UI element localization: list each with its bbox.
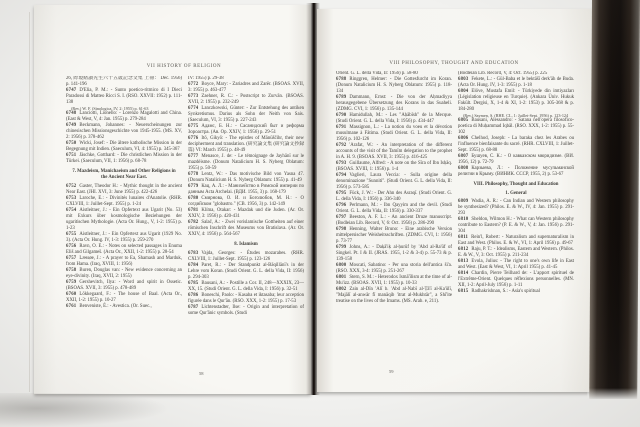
entry-number: 6748 [66, 111, 76, 116]
entry-number: 6793 [336, 161, 346, 166]
entry-number: 6761 [66, 304, 76, 309]
entry-number: 6775 [188, 124, 198, 129]
entry-number: 6802 [336, 287, 346, 292]
entry-number: 6814 [458, 271, 468, 276]
entry-number: 6796 [336, 203, 346, 208]
bib-entry: 6797Beeston, A. F. L.: - An ancient Druz… [336, 215, 452, 227]
entry-number: 6752 [66, 184, 76, 189]
entry-number: 6782 [188, 220, 198, 225]
bib-entry: 6811Rein'l, Robert: - Naturalism and sup… [458, 235, 574, 247]
bib-entry: 6812Raju, P. T.: - Idealisms, Eastern an… [458, 247, 574, 259]
right-page-running-head: VIII PHILOSOPHY, THOUGHT AND EDUCATION [332, 61, 576, 66]
bib-entry: 6787Lichtenstadter, Ilse: - Origin and i… [188, 305, 304, 317]
entry-number: 6784 [188, 263, 198, 268]
bib-entry: 6785Bausani, A.: - Postille a Cor. II, 2… [188, 281, 304, 293]
bib-entry: 6804Elöve, Mustafa Emil: - Türkiyede din… [458, 89, 574, 113]
bib-entry: 6751Jäschke, Gotthard: - Die christliche… [66, 153, 182, 165]
entry-number: 6806 [458, 136, 468, 141]
bib-entry: 6795Fück, J. W.: - Der Ahn des Asraqī. (… [336, 191, 452, 203]
entry-number: 6810 [458, 217, 468, 222]
entry-number: 6788 [336, 77, 346, 82]
entry-number: 6755 [66, 232, 76, 237]
bib-entry: 6792'Arafat, W.: - An interpretation of … [336, 143, 452, 161]
entry-number: 6812 [458, 247, 468, 252]
bib-entry: 6790Hamidullah, M.: - Les "Aḥābīsh" de l… [336, 113, 452, 125]
bib-entry: 6754Aistleitner, J.: - Ein Opfertext aus… [66, 208, 182, 232]
bib-entry: 6798Henning, Walter Bruno: - Eine arabis… [336, 227, 452, 245]
bib-entry: 6786Boneschi, Paolo: - Kasaba et iktasab… [188, 293, 304, 305]
subsection-heading: 1. General [458, 191, 574, 197]
page-edge-line [29, 12, 30, 392]
bib-entry: 6802Zain al-Dīn 'Alī b. 'Abd al-Nabī al-… [336, 287, 452, 305]
entry-number: 6800 [336, 263, 346, 268]
bib-entry: 6753Laroche, E.: - Divinités lunaires d'… [66, 196, 182, 208]
bib-entry: 6752Gaster, Theodor H.: - Mythic thought… [66, 184, 182, 196]
bib-entry: 6778Lentz, W.: - Das motivische Bild von… [188, 172, 304, 184]
bib-entry: 6796Perlmann, M.: - Ibn Qayyim and the d… [336, 203, 452, 215]
entry-number: 6790 [336, 113, 346, 118]
bib-entry: 6805Bausani, Alessandro: - Satana nell'o… [458, 118, 574, 136]
bib-entry: 6756Ravn, O. E.: - Notes on selected pas… [66, 244, 182, 256]
bib-entry: 6799Johns, A.: - Daḳā'iḳ al-ḥurūf by 'Ab… [336, 245, 452, 263]
bib-entry: 6800Moscati, Sabatino: - Per una storia … [336, 263, 452, 275]
entry-number: 6783 [188, 251, 198, 256]
entry-number: 6795 [336, 191, 346, 196]
entry-number: 6756 [66, 244, 76, 249]
entry-number: 6773 [188, 94, 198, 99]
entry-number: 6760 [66, 292, 76, 297]
bib-entry: 6789Dammann, Ernst: - Die von der Aḥmadi… [336, 95, 452, 113]
bib-entry: 6773Zaehner, R. C.: - Postscript to Zurv… [188, 94, 304, 106]
entry-number: 6786 [188, 293, 198, 298]
section-heading: 8. Islamism [192, 242, 300, 248]
right-page-column-2: (Bodleian Lib. Record, V, 4: Oct. 1955) … [458, 71, 574, 369]
entry-number: 6815 [458, 289, 468, 294]
right-page-number: 59 [389, 369, 394, 374]
bib-entry: 6808Карзыева, Л.: - Положение мусульманс… [458, 166, 574, 178]
bib-entry: 6775Адамс, Б. Н.: - Сасанидский быт и ре… [188, 124, 304, 136]
section-heading: VIII. Philosophy, Thought and Education [462, 182, 570, 188]
entry-number: 6757 [66, 256, 76, 261]
entry-number: 6799 [336, 245, 346, 250]
left-page-column-1: 26, 際現緒讃先生六十五歳記念文集 上冊： Dec. 1956) p. 141… [66, 76, 182, 370]
bib-entry: 6784Paret, R.: - Der Standpunkt al-Bāqil… [188, 263, 304, 281]
entry-number: 6753 [66, 196, 76, 201]
bib-entry: 6810Sheldon, Wilmon H.: - What can Weste… [458, 217, 574, 235]
entry-number: 6785 [188, 281, 198, 286]
entry-number: 6805 [458, 118, 468, 123]
bib-entry: 6783Vajda, Georges: - Études mozarabes. … [188, 251, 304, 263]
bib-entry: 6814Chardin, Pierre Teilhard de: - L'app… [458, 271, 574, 289]
entry-number: 6749 [66, 123, 76, 128]
entry-number: 6809 [458, 199, 468, 204]
bib-entry: 6774Lanczkowski, Günter: - Zur Entstehun… [188, 106, 304, 124]
entry-number: 6808 [458, 166, 468, 171]
bib-entry: 6761Benveniste, É.: - Avestica. (Or. Sue… [66, 304, 182, 310]
entry-number: 6759 [66, 280, 76, 285]
bib-entry: 6772Boyce, Mary: - Zariadres and Zarēr. … [188, 82, 304, 94]
entry-number: 6777 [188, 154, 198, 159]
bib-entry: 6793Guillaume, Alfred: - A note on the S… [336, 161, 452, 173]
right-page-column-1: Orient. G. L. della Vida, II: 1956) p. 5… [336, 71, 452, 369]
entry-number: 6797 [336, 215, 346, 220]
right-page: VIII PHILOSOPHY, THOUGHT AND EDUCATION O… [317, 9, 593, 392]
bib-entry: 6747D'Elia, P. M.: - Sunto poetico-ritmi… [66, 88, 182, 106]
bib-entry: 6806Chelhod, Joseph: - La baraka chez le… [458, 136, 574, 154]
entry-number: 6774 [188, 106, 198, 111]
bib-entry: 6791Massignon, L.: - La notion du voeu e… [336, 125, 452, 143]
bib-entry: 6815Radhakrishnan, S.: - Asia's spiritua… [458, 289, 574, 295]
bib-entry: 6757Læssøe, J.: - A prayer to Ea, Shamas… [66, 256, 182, 268]
section-heading: 7. Mazdeism, Manichaeism and Other Relig… [70, 169, 178, 181]
bib-entry: 6777Menasce, J. de: - Le témoignage de J… [188, 154, 304, 172]
book-photo: VII HISTORY OF RELIGION 26, 際現緒讃先生六十五歳記念… [0, 0, 640, 427]
entry-number: 6792 [336, 143, 346, 148]
bib-entry: 6781Klíma, Otakar: - Mazdak und die Jude… [188, 208, 304, 220]
left-page-column-2: IV: 1955) p. 29-386772Boyce, Mary: - Zar… [188, 76, 304, 370]
bib-entry: 6749Beckmann, Johannes: - Neuerscheinung… [66, 123, 182, 141]
entry-number: 6811 [458, 235, 468, 240]
bib-entry: 6788Ringgren, Helmer: - Die Gottesfurcht… [336, 77, 452, 95]
book-cover-edge [589, 0, 640, 399]
bib-entry: 6803Fekete, L.: - Gül-Baba et le bektāšī… [458, 77, 574, 89]
entry-number: 6772 [188, 82, 198, 87]
entry-number: 6787 [188, 305, 198, 310]
entry-number: 6781 [188, 208, 198, 213]
bib-entry: 6755Aistleitner, J.: - Ein Opfertext aus… [66, 232, 182, 244]
entry-number: 6754 [66, 208, 76, 213]
entry-number: 6751 [66, 153, 76, 158]
bib-entry: 6779Кац, А. Л.: - Манихейство в Римской … [188, 184, 304, 196]
bib-entry: 6748Lanciotti, Lionello: - Lorenzo Magal… [66, 111, 182, 123]
bib-entry: 6780Смирнова, О. И. и Боголюбов, М. Н.: … [188, 196, 304, 208]
entry-number: 6798 [336, 227, 346, 232]
bottom-left-shadow [0, 393, 170, 427]
left-page: VII HISTORY OF RELIGION 26, 際現緒讃先生六十五歳記念… [34, 5, 311, 394]
bib-entry: 6801Stern, S. M.: - Heterodox Ismā'īlism… [336, 275, 452, 287]
entry-number: 6750 [66, 141, 76, 146]
entry-number: 6779 [188, 184, 198, 189]
bib-entry: 6758Buren, Douglas van: - New evidence c… [66, 268, 182, 280]
entry-number: 6776 [188, 136, 198, 141]
bib-entry: 6776Itō, Gikyō: - The epistles of Mānūšč… [188, 136, 304, 154]
entry-number: 6804 [458, 89, 468, 94]
entry-number: 6794 [336, 173, 346, 178]
bib-entry: 26, 際現緒讃先生六十五歳記念文集 上冊： Dec. 1956) p. 141… [66, 76, 182, 88]
bib-entry: 6759Gershevitch, Ilya: - Word and spirit… [66, 280, 182, 292]
entry-number: 6803 [458, 77, 468, 82]
entry-number: 6778 [188, 172, 198, 177]
entry-number: 6789 [336, 95, 346, 100]
entry-number: 6758 [66, 268, 76, 273]
entry-number: 6791 [336, 125, 346, 130]
bib-entry: 6807Бушуев, С. К.: - О кавказском мюриди… [458, 154, 574, 166]
bib-entry: 6782Salač, A.: - Zwei vorislamische Gott… [188, 220, 304, 238]
entry-number: 6807 [458, 154, 468, 159]
entry-number: 6747 [66, 88, 76, 93]
bib-entry: 6750Wicki, Josef: - Die ältere katholisc… [66, 141, 182, 153]
bib-entry: 6813Evola, Julius: - The right to one's … [458, 259, 574, 271]
bib-entry: 6794Vaglieri, Laura Veccia: - Sulla orig… [336, 173, 452, 191]
entry-number: 6780 [188, 196, 198, 201]
left-page-running-head: VII HISTORY OF RELIGION [64, 64, 304, 69]
bib-entry: 6809Wadia, A. R.: - Can Indian and Weste… [458, 199, 574, 217]
bib-entry: 6760Lökkegaard, F.: - The house of Baal.… [66, 292, 182, 304]
entry-number: 6813 [458, 259, 468, 264]
left-page-number: 58 [199, 371, 204, 376]
entry-number: 6801 [336, 275, 346, 280]
